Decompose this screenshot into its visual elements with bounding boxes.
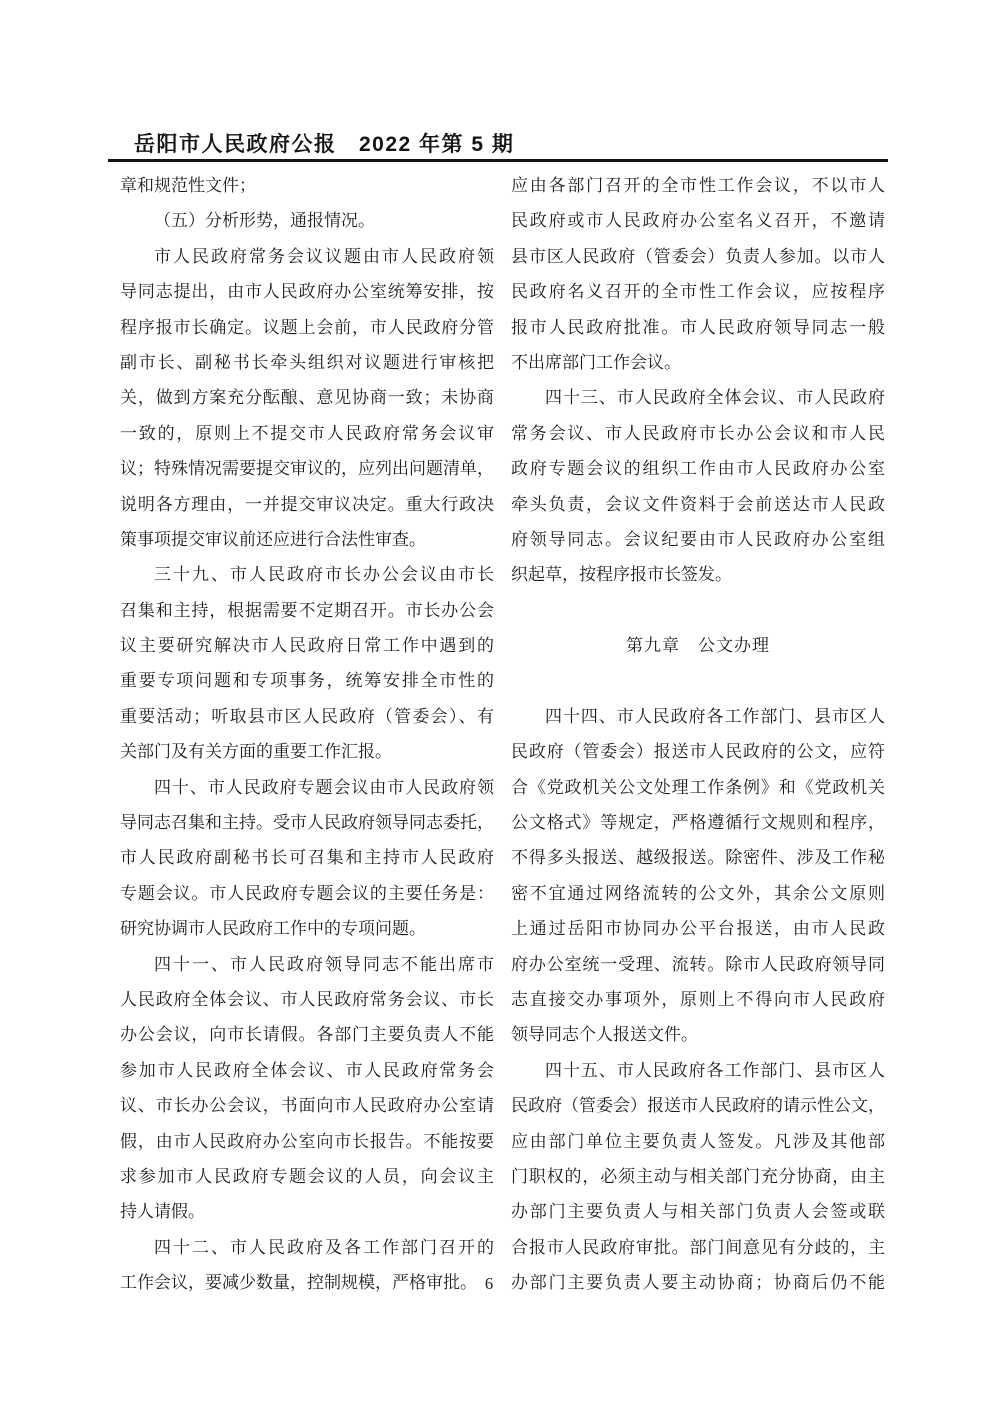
text-line: 不出席部门工作会议。 xyxy=(511,345,885,380)
text-line: 市人民政府副秘书长可召集和主持市人民政府 xyxy=(120,840,494,875)
text-line: 关，做到方案充分酝酿、意见协商一致；未协商 xyxy=(120,380,494,415)
paragraph: （五）分析形势，通报情况。 xyxy=(120,203,494,238)
text-line: 四十三、市人民政府全体会议、市人民政府 xyxy=(511,380,885,415)
paragraph: 四十、市人民政府专题会议由市人民政府领导同志召集和主持。受市人民政府领导同志委托… xyxy=(120,770,494,947)
text-line: 关部门及有关方面的重要工作汇报。 xyxy=(120,734,494,769)
text-line: 章和规范性文件； xyxy=(120,168,494,203)
text-line: 研究协调市人民政府工作中的专项问题。 xyxy=(120,911,494,946)
text-line: 求参加市人民政府专题会议的人员，向会议主 xyxy=(120,1159,494,1194)
text-line: 常务会议、市人民政府市长办公会议和市人民 xyxy=(511,416,885,451)
text-line: 不得多头报送、越级报送。除密件、涉及工作秘 xyxy=(511,840,885,875)
text-line: 三十九、市人民政府市长办公会议由市长 xyxy=(120,557,494,592)
text-line: 民政府名义召开的全市性工作会议，应按程序 xyxy=(511,274,885,309)
gazette-header-title: 岳阳市人民政府公报 2022 年第 5 期 xyxy=(134,128,514,158)
paragraph: 四十五、市人民政府各工作部门、县市区人民政府（管委会）报送市人民政府的请示性公文… xyxy=(511,1053,885,1301)
text-line: 办公会议，向市长请假。各部门主要负责人不能 xyxy=(120,1017,494,1052)
text-line: 市人民政府常务会议议题由市人民政府领 xyxy=(120,239,494,274)
paragraph: 四十三、市人民政府全体会议、市人民政府常务会议、市人民政府市长办公会议和市人民政… xyxy=(511,380,885,592)
text-line: 志直接交办事项外，原则上不得向市人民政府 xyxy=(511,982,885,1017)
left-column: 章和规范性文件；（五）分析形势，通报情况。市人民政府常务会议议题由市人民政府领导… xyxy=(120,168,494,1301)
text-line: （五）分析形势，通报情况。 xyxy=(120,203,494,238)
text-line: 说明各方理由，一并提交审议决定。重大行政决 xyxy=(120,487,494,522)
chapter-heading: 第九章 公文办理 xyxy=(511,628,885,663)
text-line: 参加市人民政府全体会议、市人民政府常务会 xyxy=(120,1053,494,1088)
text-line: 四十五、市人民政府各工作部门、县市区人 xyxy=(511,1053,885,1088)
paragraph: 四十一、市人民政府领导同志不能出席市人民政府全体会议、市人民政府常务会议、市长办… xyxy=(120,947,494,1230)
text-line: 应由各部门召开的全市性工作会议，不以市人 xyxy=(511,168,885,203)
text-line: 重要专项问题和专项事务，统筹安排全市性的 xyxy=(120,663,494,698)
paragraph: 市人民政府常务会议议题由市人民政府领导同志提出，由市人民政府办公室统筹安排，按程… xyxy=(120,239,494,558)
text-line: 合《党政机关公文处理工作条例》和《党政机关 xyxy=(511,770,885,805)
text-line: 上通过岳阳市协同办公平台报送，由市人民政 xyxy=(511,911,885,946)
text-line: 办部门主要负责人与相关部门负责人会签或联 xyxy=(511,1194,885,1229)
text-line: 民政府（管委会）报送市人民政府的公文，应符 xyxy=(511,734,885,769)
text-line: 民政府（管委会）报送市人民政府的请示性公文， xyxy=(511,1088,885,1123)
paragraph: 三十九、市人民政府市长办公会议由市长召集和主持，根据需要不定期召开。市长办公会议… xyxy=(120,557,494,769)
text-line: 应由部门单位主要负责人签发。凡涉及其他部 xyxy=(511,1124,885,1159)
paragraph: 章和规范性文件； xyxy=(120,168,494,203)
header-rule xyxy=(108,159,888,162)
text-line: 公文格式》等规定，严格遵循行文规则和程序， xyxy=(511,805,885,840)
text-line: 召集和主持，根据需要不定期召开。市长办公会 xyxy=(120,593,494,628)
text-line: 织起草，按程序报市长签发。 xyxy=(511,557,885,592)
text-line: 四十、市人民政府专题会议由市人民政府领 xyxy=(120,770,494,805)
text-line: 议、市长办公会议，书面向市人民政府办公室请 xyxy=(120,1088,494,1123)
text-line: 府领导同志。会议纪要由市人民政府办公室组 xyxy=(511,522,885,557)
text-line: 报市人民政府批准。市人民政府领导同志一般 xyxy=(511,310,885,345)
paragraph: 应由各部门召开的全市性工作会议，不以市人民政府或市人民政府办公室名义召开，不邀请… xyxy=(511,168,885,380)
text-line: 四十二、市人民政府及各工作部门召开的 xyxy=(120,1230,494,1265)
text-line: 导同志提出，由市人民政府办公室统筹安排，按 xyxy=(120,274,494,309)
text-line: 一致的，原则上不提交市人民政府常务会议审 xyxy=(120,416,494,451)
page-number: 6 xyxy=(0,1274,978,1294)
text-line: 导同志召集和主持。受市人民政府领导同志委托， xyxy=(120,805,494,840)
text-line: 密不宜通过网络流转的公文外，其余公文原则 xyxy=(511,876,885,911)
text-line: 持人请假。 xyxy=(120,1194,494,1229)
text-line: 议主要研究解决市人民政府日常工作中遇到的 xyxy=(120,628,494,663)
text-line: 程序报市长确定。议题上会前，市人民政府分管 xyxy=(120,310,494,345)
text-line: 门职权的，必须主动与相关部门充分协商，由主 xyxy=(511,1159,885,1194)
text-line: 副市长、副秘书长牵头组织对议题进行审核把 xyxy=(120,345,494,380)
text-line: 四十四、市人民政府各工作部门、县市区人 xyxy=(511,699,885,734)
text-line: 政府专题会议的组织工作由市人民政府办公室 xyxy=(511,451,885,486)
text-line: 领导同志个人报送文件。 xyxy=(511,1017,885,1052)
text-line: 专题会议。市人民政府专题会议的主要任务是： xyxy=(120,876,494,911)
text-line: 议；特殊情况需要提交审议的，应列出问题清单， xyxy=(120,451,494,486)
gazette-page: 岳阳市人民政府公报 2022 年第 5 期 章和规范性文件；（五）分析形势，通报… xyxy=(0,0,992,1403)
paragraph: 四十四、市人民政府各工作部门、县市区人民政府（管委会）报送市人民政府的公文，应符… xyxy=(511,699,885,1053)
text-line: 人民政府全体会议、市人民政府常务会议、市长 xyxy=(120,982,494,1017)
text-line: 牵头负责，会议文件资料于会前送达市人民政 xyxy=(511,487,885,522)
text-line: 假，由市人民政府办公室向市长报告。不能按要 xyxy=(120,1124,494,1159)
text-line: 策事项提交审议前还应进行合法性审查。 xyxy=(120,522,494,557)
text-line: 县市区人民政府（管委会）负责人参加。以市人 xyxy=(511,239,885,274)
text-line: 合报市人民政府审批。部门间意见有分歧的，主 xyxy=(511,1230,885,1265)
text-line: 府办公室统一受理、流转。除市人民政府领导同 xyxy=(511,947,885,982)
text-line: 四十一、市人民政府领导同志不能出席市 xyxy=(120,947,494,982)
chapter-heading-text: 第九章 公文办理 xyxy=(511,628,885,663)
text-line: 民政府或市人民政府办公室名义召开，不邀请 xyxy=(511,203,885,238)
text-line: 重要活动；听取县市区人民政府（管委会）、有 xyxy=(120,699,494,734)
right-column: 应由各部门召开的全市性工作会议，不以市人民政府或市人民政府办公室名义召开，不邀请… xyxy=(511,168,885,1301)
